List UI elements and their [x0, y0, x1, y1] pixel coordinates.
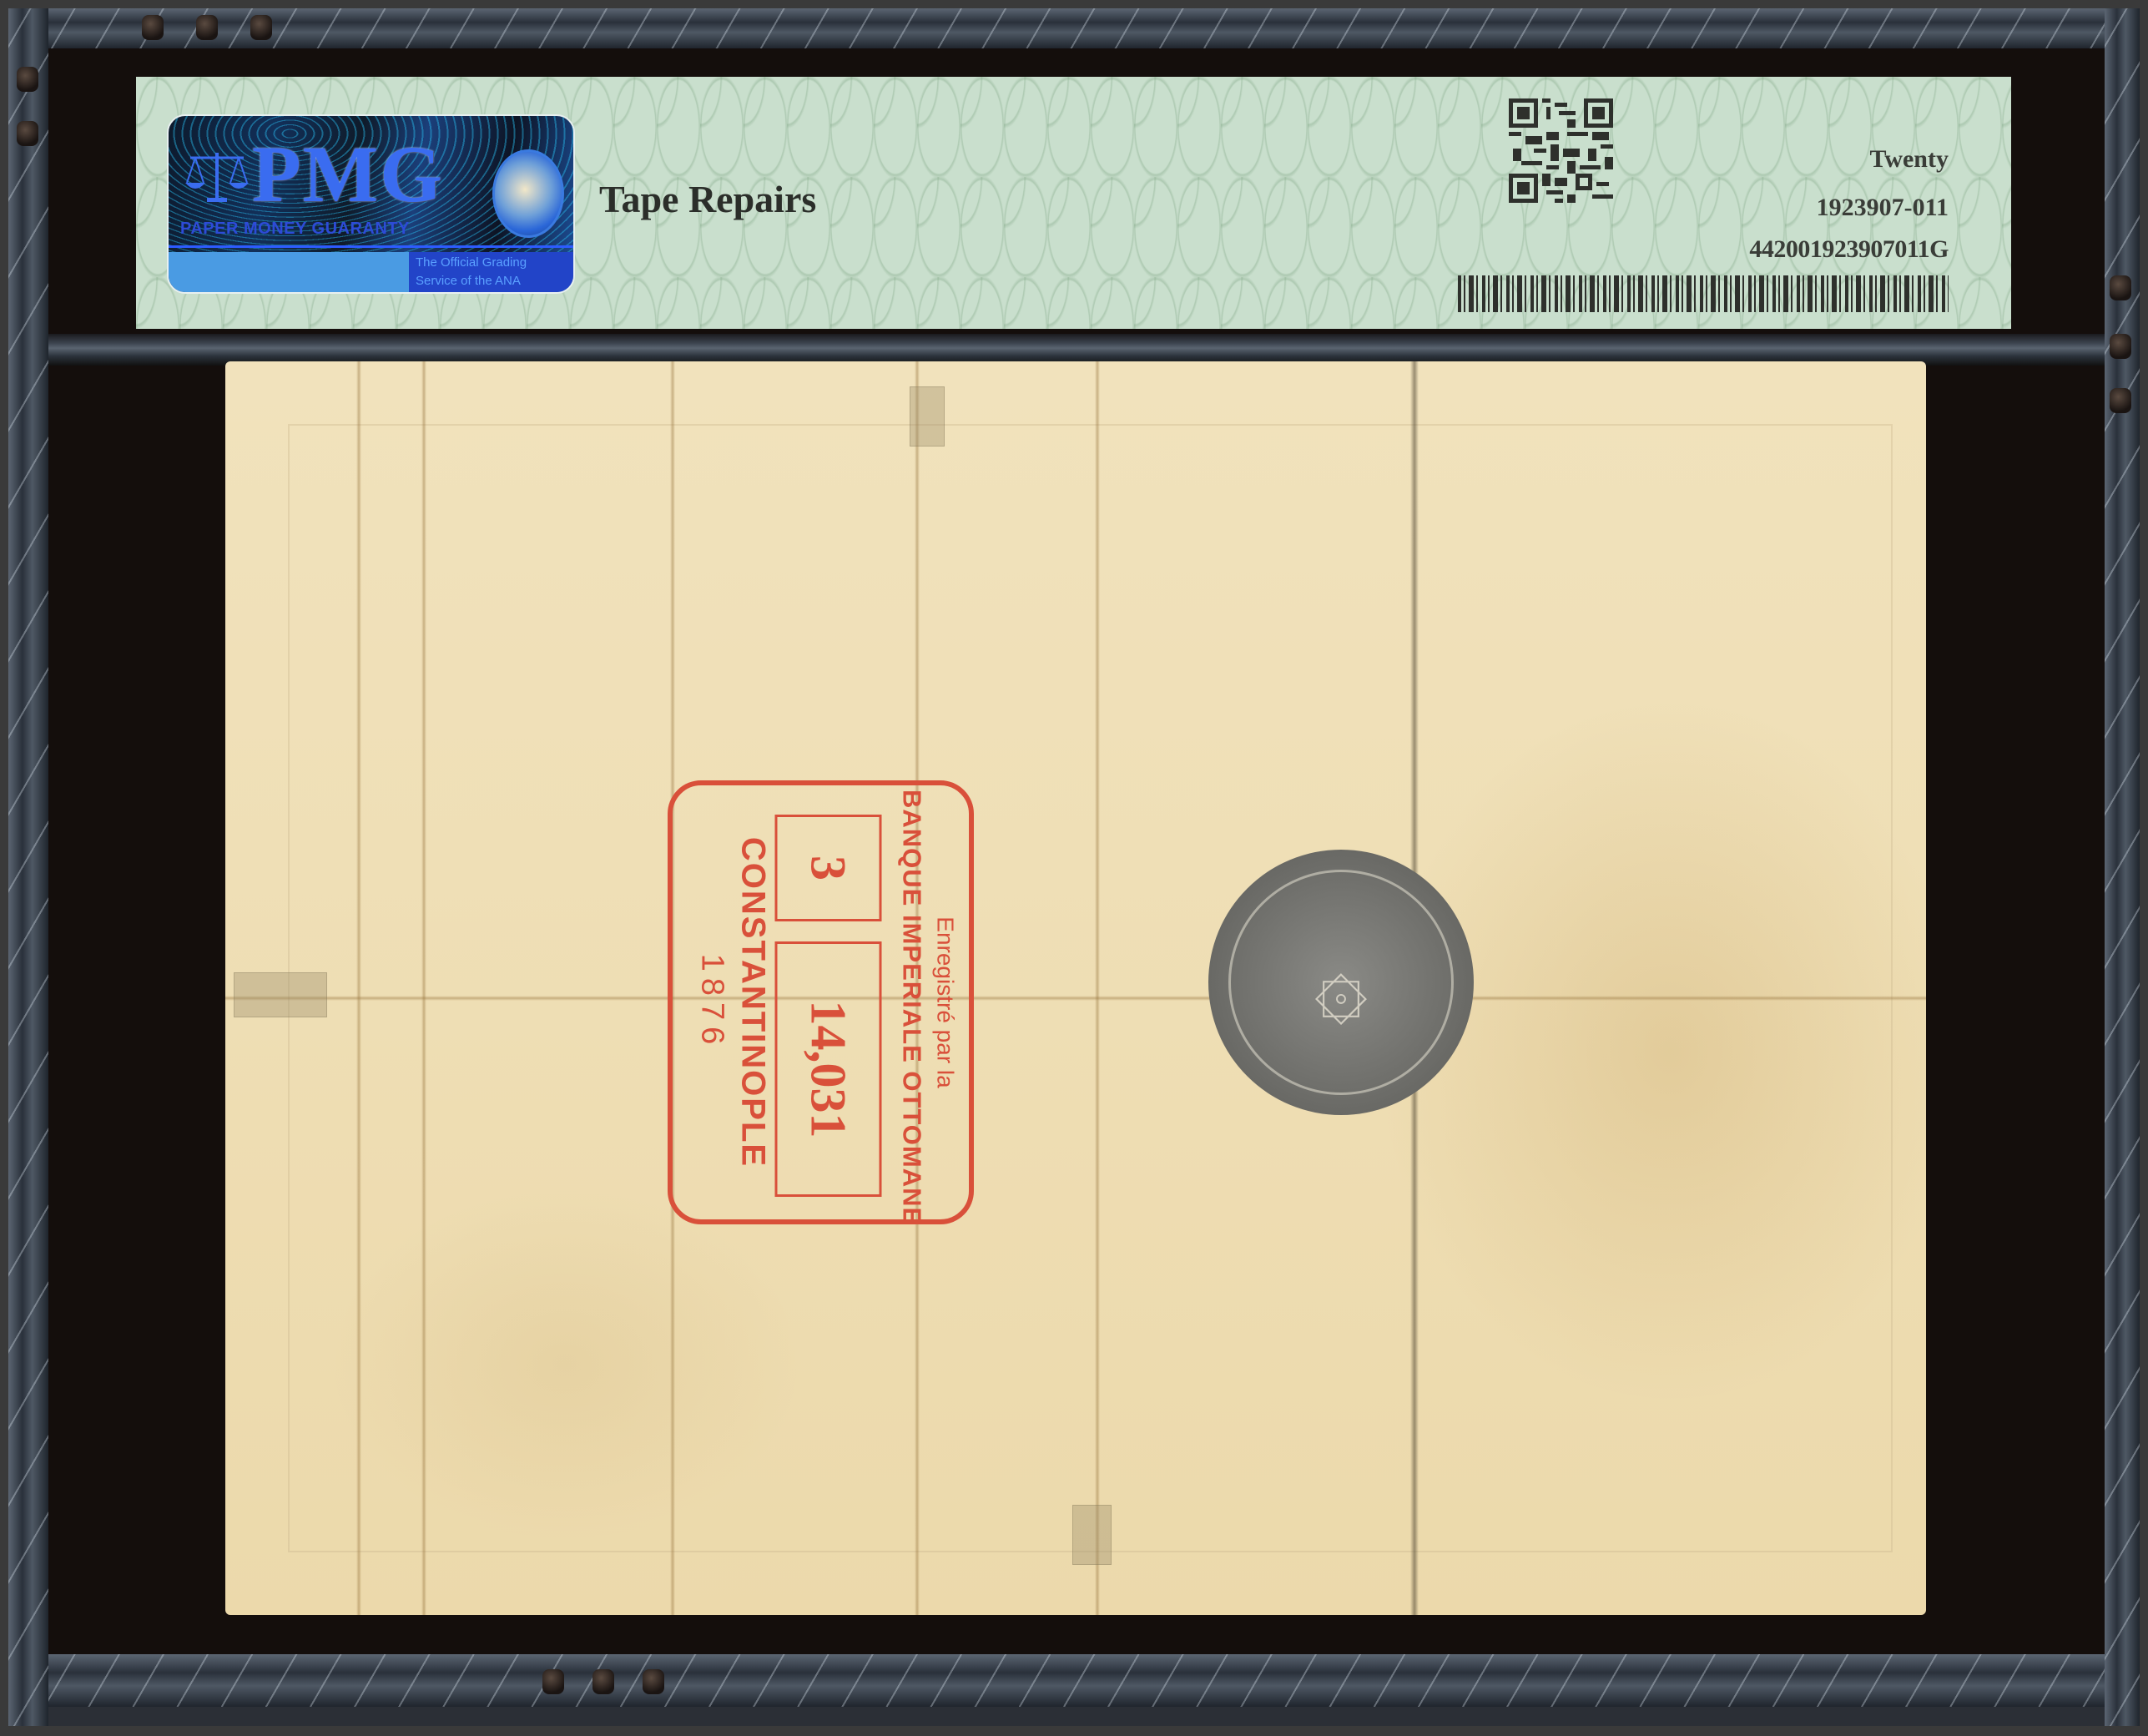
frame-left	[8, 8, 48, 1726]
cert-number[interactable]: 1923907-011	[1817, 194, 1949, 222]
hologram-official-line1: The Official Grading	[409, 252, 573, 270]
ottoman-seal-icon: ۞	[1208, 850, 1474, 1115]
frame-knob	[142, 15, 164, 40]
frame-knob	[2110, 275, 2131, 300]
hologram-orb-icon	[492, 149, 564, 238]
fold-line	[421, 361, 426, 1615]
frame-knob	[2110, 388, 2131, 413]
stamp-bank-name: BANQUE IMPERIALE OTTOMANE	[896, 790, 926, 1215]
frame-knob	[592, 1669, 614, 1694]
stamp-line-registered: Enregistré par la	[931, 790, 958, 1215]
pmg-label: PMG PAPER MONEY GUARANTY The Official Gr…	[136, 77, 2011, 329]
frame-right	[2105, 8, 2140, 1726]
stamp-year: 1876	[693, 790, 729, 1215]
tape-repair	[910, 386, 945, 447]
fold-line	[1095, 361, 1100, 1615]
frame-knob	[643, 1669, 664, 1694]
denomination: Twenty	[1870, 145, 1949, 174]
frame-top	[8, 8, 2140, 48]
frame-bottom	[8, 1654, 2140, 1707]
barcode-icon	[1458, 275, 1949, 312]
hologram-official-line2: Service of the ANA	[409, 270, 573, 289]
scales-of-justice-icon	[184, 148, 250, 206]
frame-knob	[250, 15, 272, 40]
frame-knob	[17, 121, 38, 146]
frame-knob	[17, 67, 38, 92]
barcode-number: 442001923907011G	[1749, 235, 1949, 264]
frame-knob	[542, 1669, 564, 1694]
qr-code-icon[interactable]	[1509, 98, 1613, 203]
stamp-series-number: 3	[799, 855, 857, 881]
hologram-tagline: PAPER MONEY GUARANTY	[180, 220, 410, 239]
frame-knob	[196, 15, 218, 40]
stamp-city: CONSTANTINOPLE	[734, 790, 771, 1215]
pmg-logo: PMG	[252, 134, 444, 214]
grade-comment: Tape Repairs	[599, 177, 816, 221]
fold-line	[356, 361, 361, 1615]
tape-repair	[234, 972, 327, 1017]
bank-registration-stamp: Enregistré par la BANQUE IMPERIALE OTTOM…	[668, 780, 974, 1224]
tape-repair	[1072, 1505, 1112, 1565]
stamp-serial-number: 14,031	[799, 1001, 857, 1138]
stamp-serial-box: 14,031	[774, 941, 881, 1197]
stamp-series-box: 3	[774, 815, 881, 921]
banknote-back: Enregistré par la BANQUE IMPERIALE OTTOM…	[225, 361, 1926, 1615]
calligraphy-glyph: ۞	[1208, 850, 1474, 1115]
horizontal-fold	[225, 996, 1926, 1001]
embossed-frame	[288, 424, 1893, 1552]
frame-knob	[2110, 334, 2131, 359]
pmg-hologram: PMG PAPER MONEY GUARANTY The Official Gr…	[167, 114, 575, 294]
